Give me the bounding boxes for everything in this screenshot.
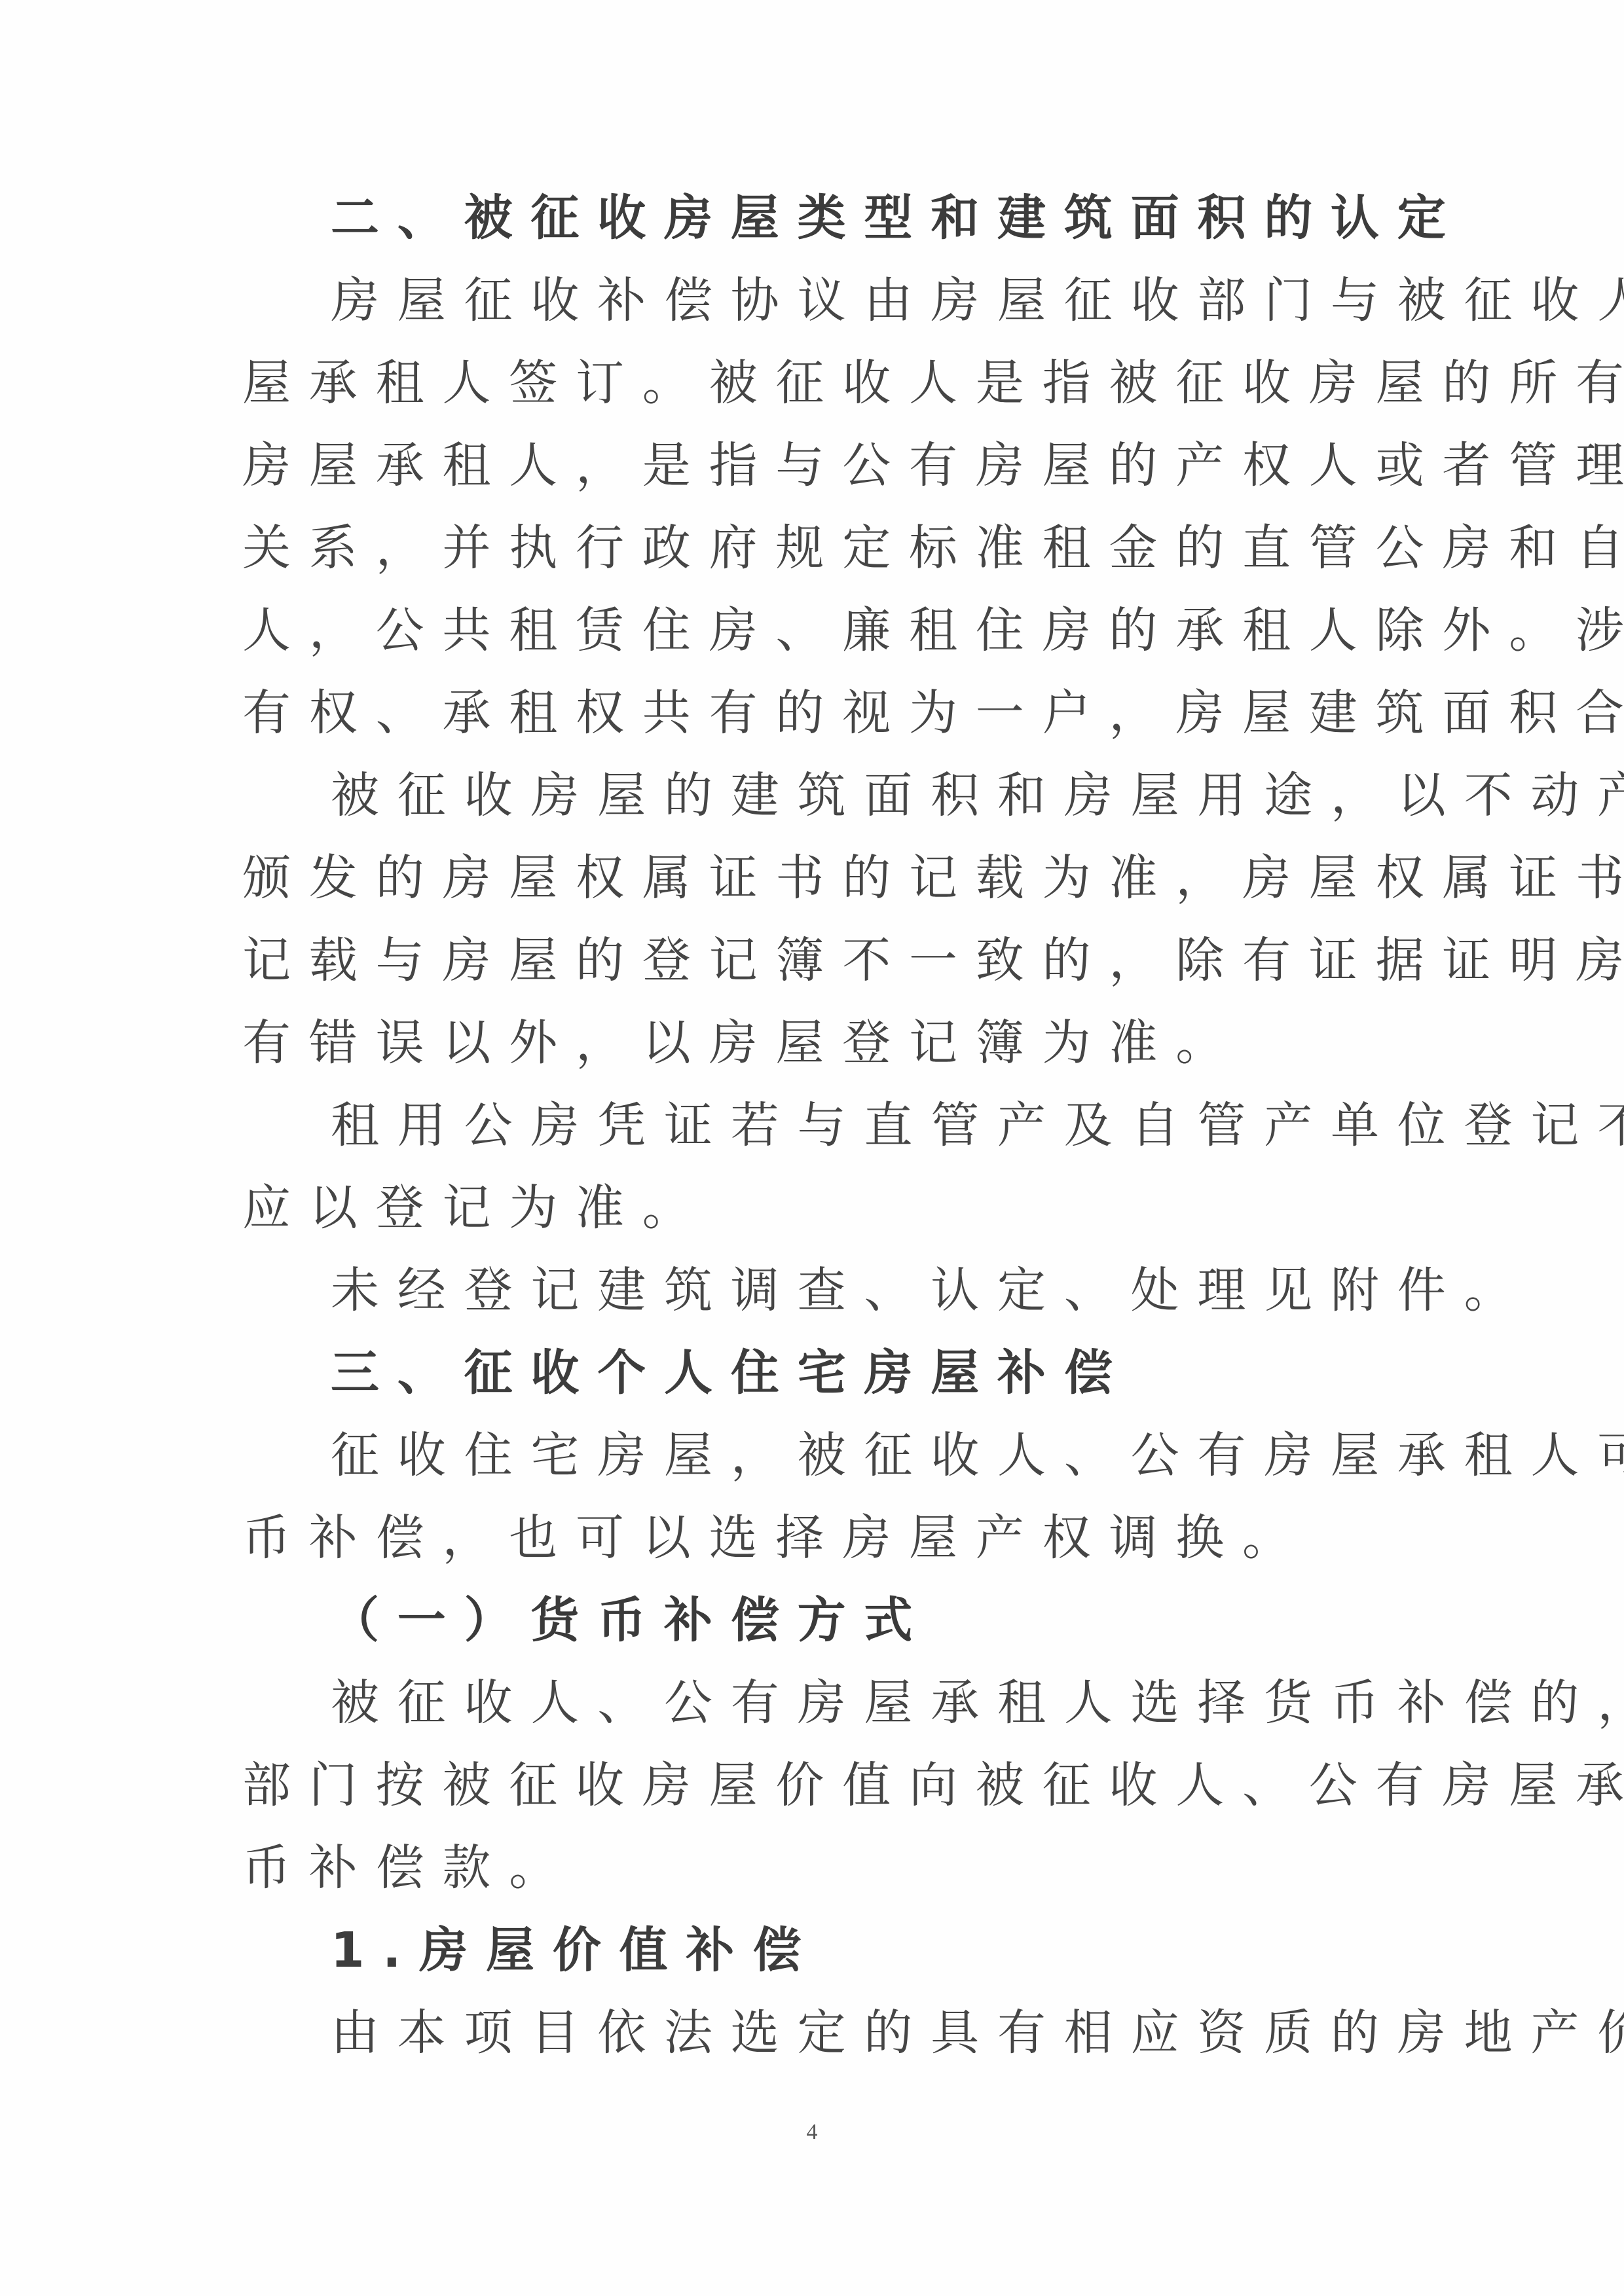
document-page: 二、被征收房屋类型和建筑面积的认定 房屋征收补偿协议由房屋征收部门与被征收人、公… [0,0,1624,2296]
text-line: 房屋征收补偿协议由房屋征收部门与被征收人、公有房 [242,259,1382,342]
item-heading-house-value-compensation: 1.房屋价值补偿 [242,1909,1382,1992]
text-line: 未经登记建筑调查、认定、处理见附件。 [242,1249,1382,1332]
page-number: 4 [799,2120,825,2145]
text-line: 被征收人、公有房屋承租人选择货币补偿的，房屋征收 [242,1662,1382,1744]
paragraph-unregistered-buildings: 未经登记建筑调查、认定、处理见附件。 [242,1249,1382,1332]
page-content: 二、被征收房屋类型和建筑面积的认定 房屋征收补偿协议由房屋征收部门与被征收人、公… [242,177,1382,2074]
text-line: 应以登记为准。 [242,1167,1382,1249]
text-line: 被征收房屋的建筑面积和房屋用途，以不动产登记机构 [242,754,1382,837]
paragraph-floor-area-determination: 被征收房屋的建筑面积和房屋用途，以不动产登记机构 颁发的房屋权属证书的记载为准，… [242,754,1382,1084]
paragraph-house-value-compensation: 由本项目依法选定的具有相应资质的房地产价格评估 [242,1992,1382,2074]
text-line: 人，公共租赁住房、廉租住房的承租人除外。涉及到房屋所 [242,589,1382,672]
text-line: 币补偿，也可以选择房屋产权调换。 [242,1497,1382,1579]
text-line: 屋承租人签订。被征收人是指被征收房屋的所有权人；公有 [242,342,1382,424]
section-heading-3: 三、征收个人住宅房屋补偿 [242,1332,1382,1414]
text-line: 关系，并执行政府规定标准租金的直管公房和自管公房承租 [242,507,1382,589]
paragraph-public-housing-certificate: 租用公房凭证若与直管产及自管产单位登记不一致的， 应以登记为准。 [242,1084,1382,1249]
text-line: 征收住宅房屋，被征收人、公有房屋承租人可以选择货 [242,1414,1382,1497]
text-line: 记载与房屋的登记簿不一致的，除有证据证明房屋登记簿确 [242,919,1382,1002]
subsection-heading-monetary-compensation: （一）货币补偿方式 [242,1579,1382,1662]
text-line: 有权、承租权共有的视为一户，房屋建筑面积合并计算。 [242,672,1382,754]
text-line: 租用公房凭证若与直管产及自管产单位登记不一致的， [242,1084,1382,1167]
text-line: 币补偿款。 [242,1827,1382,1909]
text-line: 颁发的房屋权属证书的记载为准，房屋权属证书未记载或者 [242,837,1382,919]
paragraph-monetary-compensation: 被征收人、公有房屋承租人选择货币补偿的，房屋征收 部门按被征收房屋价值向被征收人… [242,1662,1382,1909]
text-line: 部门按被征收房屋价值向被征收人、公有房屋承租人支付货 [242,1744,1382,1827]
paragraph-agreement-parties: 房屋征收补偿协议由房屋征收部门与被征收人、公有房 屋承租人签订。被征收人是指被征… [242,259,1382,754]
text-line: 有错误以外，以房屋登记簿为准。 [242,1002,1382,1084]
text-line: 房屋承租人，是指与公有房屋的产权人或者管理人建立租赁 [242,424,1382,507]
section-heading-2: 二、被征收房屋类型和建筑面积的认定 [242,177,1382,259]
paragraph-compensation-options: 征收住宅房屋，被征收人、公有房屋承租人可以选择货 币补偿，也可以选择房屋产权调换… [242,1414,1382,1579]
text-line: 由本项目依法选定的具有相应资质的房地产价格评估 [242,1992,1382,2074]
